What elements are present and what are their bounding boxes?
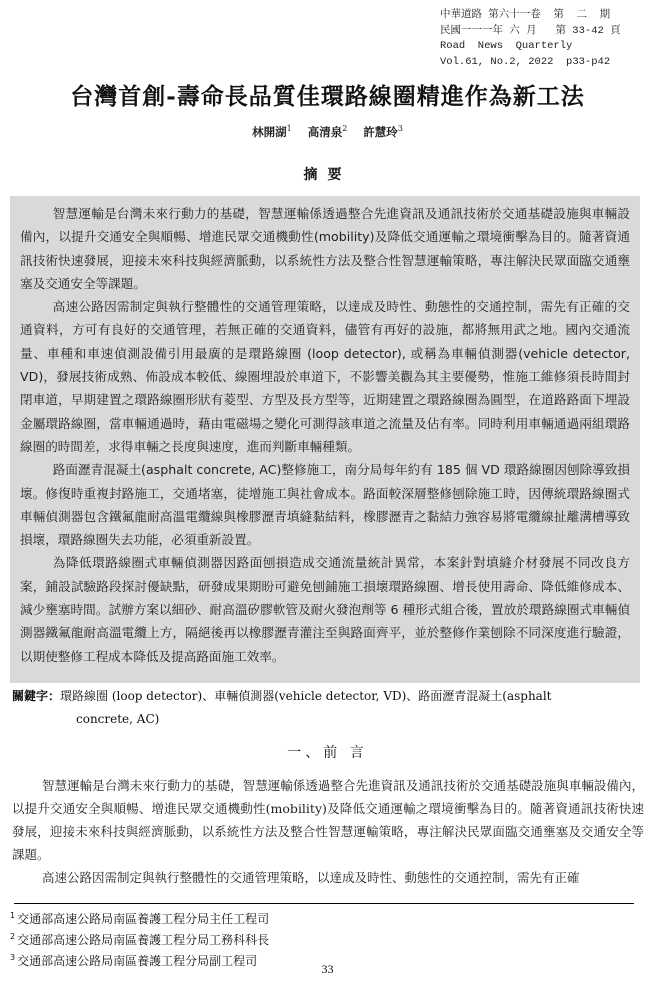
abstract-paragraph: 智慧運輸是台灣未來行動力的基礎，智慧運輸係透過整合先進資訊及通訊技術於交通基礎設… <box>20 202 630 295</box>
footnote: 1交通部高速公路局南區養護工程分局主任工程司 <box>10 907 269 928</box>
keywords-text-continued: concrete, AC) <box>12 708 648 731</box>
abstract-paragraph: 高速公路因需制定與執行整體性的交通管理策略，以達成及時性、動態性的交通控制，需先… <box>20 295 630 458</box>
keywords: 關鍵字：環路線圈 (loop detector)、車輛偵測器(vehicle d… <box>12 685 648 731</box>
body-paragraph: 智慧運輸是台灣未來行動力的基礎，智慧運輸係透過整合先進資訊及通訊技術於交通基礎設… <box>12 774 644 866</box>
journal-info-line: Vol.61, No.2, 2022 p33-p42 <box>440 55 621 71</box>
keywords-text: 環路線圈 (loop detector)、車輛偵測器(vehicle detec… <box>60 689 552 703</box>
author-list: 林開湖1 高清泉2 許慧玲3 <box>0 124 655 140</box>
page-number: 33 <box>0 962 655 977</box>
footnote-divider <box>14 903 634 904</box>
author: 許慧玲3 <box>363 125 403 139</box>
journal-info-line: Road News Quarterly <box>440 39 621 55</box>
keywords-label: 關鍵字： <box>12 689 60 703</box>
footnote: 2交通部高速公路局南區養護工程分局工務科科長 <box>10 928 269 949</box>
abstract-paragraph: 為降低環路線圈式車輛偵測器因路面刨損造成交通流量統計異常，本案針對填縫介材發展不… <box>20 551 630 667</box>
journal-info-line: 中華道路 第六十一卷 第 二 期 <box>440 8 621 24</box>
paper-title: 台灣首創-壽命長品質佳環路線圈精進作為新工法 <box>0 78 655 111</box>
body-paragraph: 高速公路因需制定與執行整體性的交通管理策略，以達成及時性、動態性的交通控制，需先… <box>12 866 644 889</box>
journal-info-line: 民國一一一年 六 月 第 33-42 頁 <box>440 24 621 40</box>
author: 高清泉2 <box>308 125 348 139</box>
footnotes: 1交通部高速公路局南區養護工程分局主任工程司 2交通部高速公路局南區養護工程分局… <box>10 907 269 970</box>
journal-info: 中華道路 第六十一卷 第 二 期民國一一一年 六 月 第 33-42 頁Road… <box>440 8 621 70</box>
section-heading: 一、前 言 <box>0 742 655 762</box>
body-text: 智慧運輸是台灣未來行動力的基礎，智慧運輸係透過整合先進資訊及通訊技術於交通基礎設… <box>12 774 644 889</box>
abstract-box: 智慧運輸是台灣未來行動力的基礎，智慧運輸係透過整合先進資訊及通訊技術於交通基礎設… <box>10 196 640 683</box>
abstract-heading: 摘要 <box>0 164 655 184</box>
author: 林開湖1 <box>252 125 292 139</box>
abstract-paragraph: 路面瀝青混凝土(asphalt concrete, AC)整修施工，南分局每年約… <box>20 458 630 551</box>
